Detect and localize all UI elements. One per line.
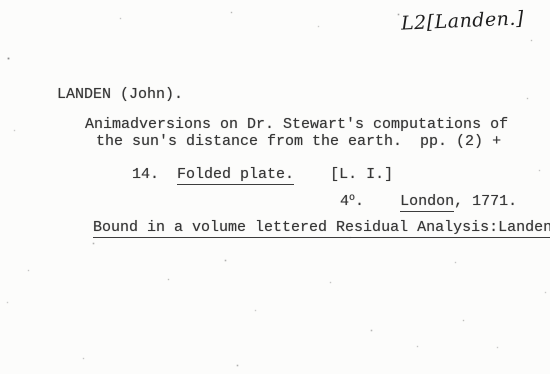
collation-folded-plate: Folded plate. [177, 166, 294, 185]
binding-note-line: Bound in a volume lettered Residual Anal… [57, 204, 550, 252]
collation-pages: 14. [132, 166, 177, 183]
author-heading: LANDEN (John). [57, 87, 183, 103]
catalog-card: L2[Landen.] LANDEN (John). Animadversion… [0, 0, 550, 374]
handwritten-shelfmark-annotation: L2[Landen.] [401, 7, 525, 34]
scan-noise [0, 0, 1, 1]
title-line-2: the sun's distance from the earth. pp. (… [96, 134, 501, 150]
binding-note: Bound in a volume lettered Residual Anal… [93, 219, 550, 238]
title-line-1: Animadversions on Dr. Stewart's computat… [85, 117, 508, 133]
